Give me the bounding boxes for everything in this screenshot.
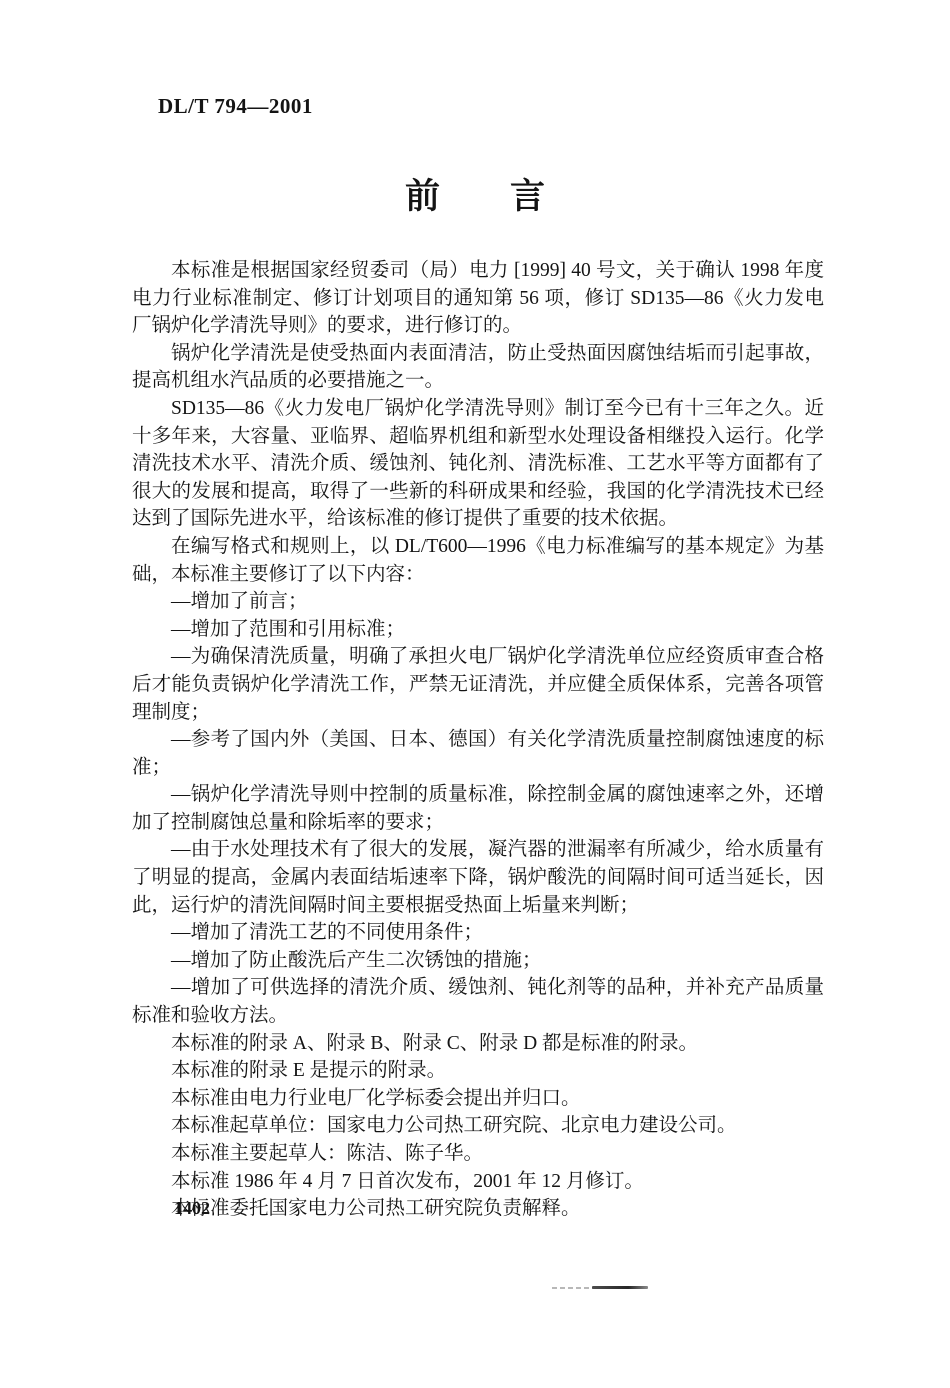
- body-list-item: —增加了范围和引用标准；: [132, 616, 824, 644]
- page-title: 前 言: [0, 176, 950, 218]
- body-paragraph: 本标准委托国家电力公司热工研究院负责解释。: [132, 1195, 824, 1223]
- body-paragraph: 本标准由电力行业电厂化学标委会提出并归口。: [132, 1085, 824, 1113]
- body-list-item: —为确保清洗质量，明确了承担火电厂锅炉化学清洗单位应经资质审查合格后才能负责锅炉…: [132, 643, 824, 726]
- document-body: 本标准是根据国家经贸委司（局）电力 [1999] 40 号文，关于确认 1998…: [132, 257, 824, 1223]
- body-paragraph: 在编写格式和规则上，以 DL/T600—1996《电力标准编写的基本规定》为基础…: [132, 533, 824, 588]
- page-number: 1402: [174, 1198, 210, 1219]
- body-paragraph: 本标准的附录 A、附录 B、附录 C、附录 D 都是标准的附录。: [132, 1030, 824, 1058]
- body-list-item: —参考了国内外（美国、日本、德国）有关化学清洗质量控制腐蚀速度的标准；: [132, 726, 824, 781]
- scan-artifact-line: [552, 1286, 650, 1290]
- body-list-item: —锅炉化学清洗导则中控制的质量标准，除控制金属的腐蚀速率之外，还增加了控制腐蚀总…: [132, 781, 824, 836]
- body-paragraph: 锅炉化学清洗是使受热面内表面清洁，防止受热面因腐蚀结垢而引起事故，提高机组水汽品…: [132, 340, 824, 395]
- body-list-item: —增加了防止酸洗后产生二次锈蚀的措施；: [132, 947, 824, 975]
- body-paragraph: 本标准主要起草人：陈洁、陈子华。: [132, 1140, 824, 1168]
- body-list-item: —由于水处理技术有了很大的发展，凝汽器的泄漏率有所减少，给水质量有了明显的提高，…: [132, 836, 824, 919]
- body-paragraph: 本标准的附录 E 是提示的附录。: [132, 1057, 824, 1085]
- standard-number: DL/T 794—2001: [158, 94, 313, 119]
- scan-artifact-dots: [552, 1287, 594, 1289]
- document-page: DL/T 794—2001 前 言 本标准是根据国家经贸委司（局）电力 [199…: [0, 0, 950, 1388]
- body-paragraph: 本标准是根据国家经贸委司（局）电力 [1999] 40 号文，关于确认 1998…: [132, 257, 824, 340]
- body-paragraph: 本标准起草单位：国家电力公司热工研究院、北京电力建设公司。: [132, 1112, 824, 1140]
- body-paragraph: 本标准 1986 年 4 月 7 日首次发布，2001 年 12 月修订。: [132, 1168, 824, 1196]
- body-list-item: —增加了可供选择的清洗介质、缓蚀剂、钝化剂等的品种，并补充产品质量标准和验收方法…: [132, 974, 824, 1029]
- body-paragraph: SD135—86《火力发电厂锅炉化学清洗导则》制订至今已有十三年之久。近十多年来…: [132, 395, 824, 533]
- scan-artifact-dash: [592, 1286, 648, 1289]
- body-list-item: —增加了前言；: [132, 588, 824, 616]
- body-list-item: —增加了清洗工艺的不同使用条件；: [132, 919, 824, 947]
